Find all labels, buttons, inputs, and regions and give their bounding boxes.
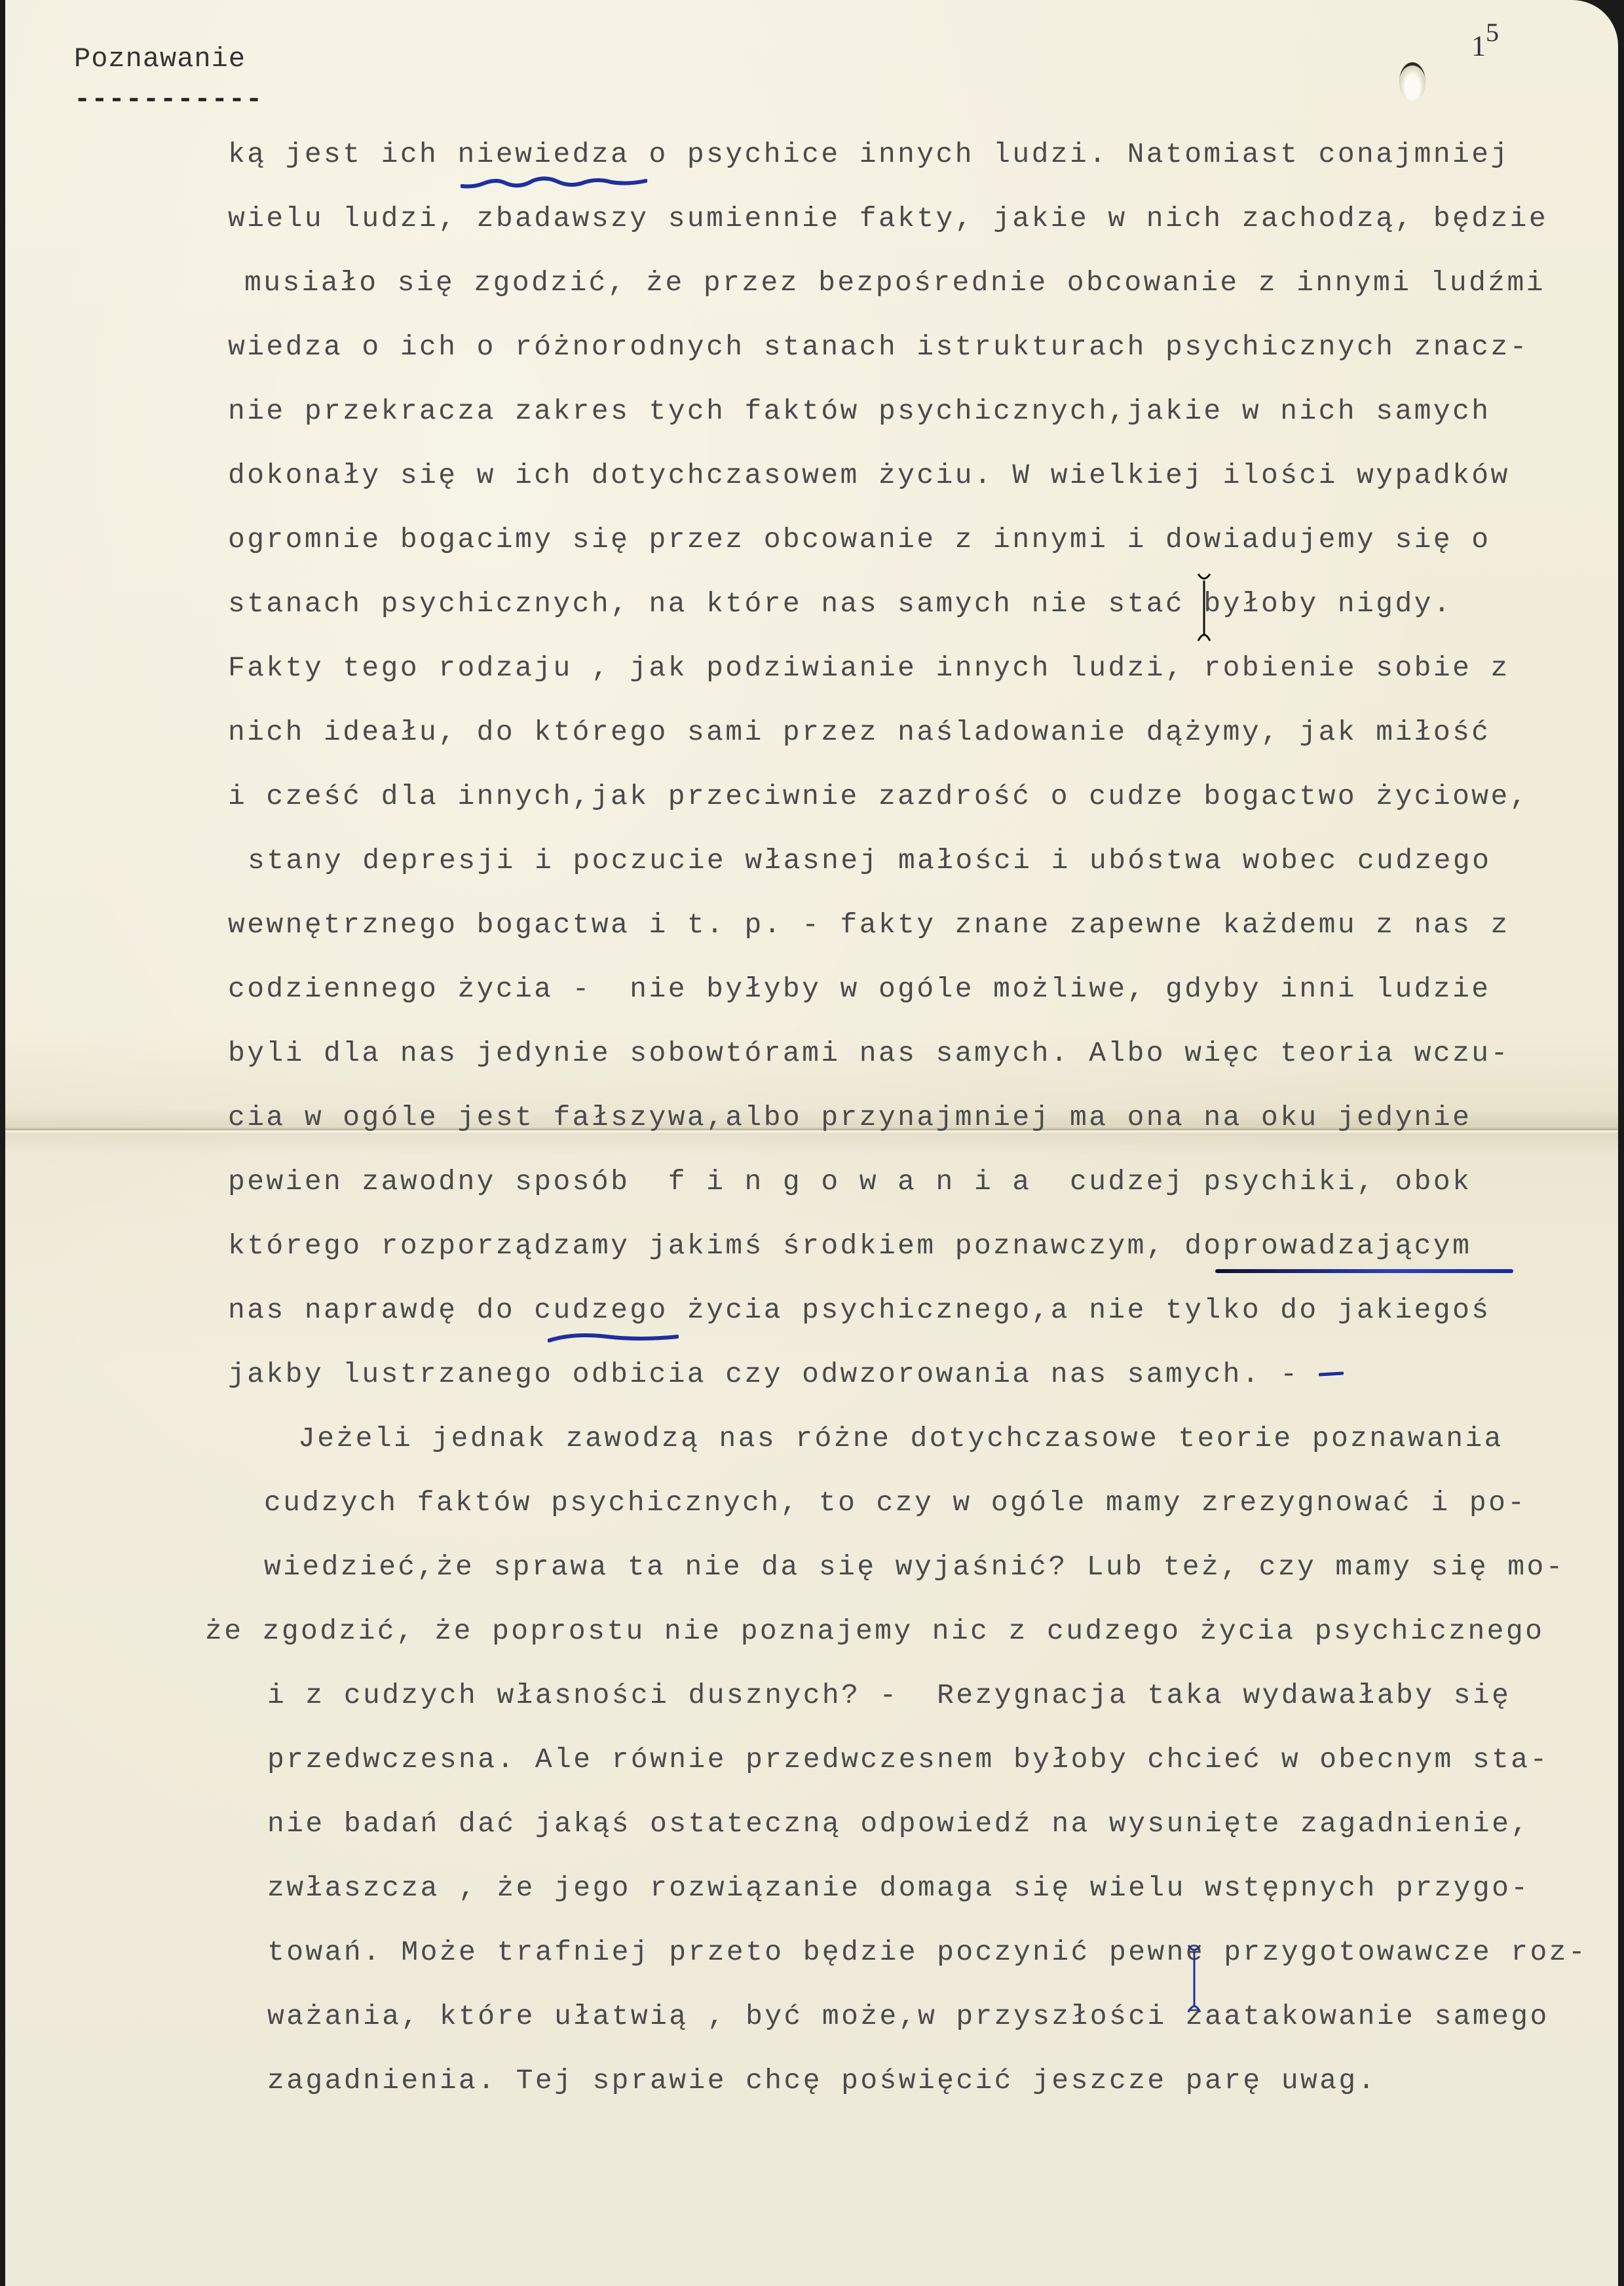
header-rule: ----------- [74, 84, 263, 115]
insertion-mark-przyszlosci [1184, 1943, 1204, 2015]
text-line: i cześć dla innych,jak przeciwnie zazdro… [228, 782, 1529, 810]
text-line: cia w ogóle jest fałszywa,albo przynajmn… [228, 1103, 1471, 1132]
text-line: ogromnie bogacimy się przez obcowanie z … [228, 525, 1490, 554]
text-line: i z cudzych własności dusznych? - Rezygn… [267, 1681, 1511, 1709]
text-line: że zgodzić, że poprostu nie poznajemy ni… [205, 1617, 1544, 1645]
text-line: nich ideału, do którego sami przez naśla… [228, 718, 1490, 746]
text-line: wiedza o ich o różnorodnych stanach istr… [228, 333, 1529, 361]
text-line: zagadnienia. Tej sprawie chcę poświęcić … [267, 2067, 1377, 2095]
text-line: przedwczesna. Ale równie przedwczesnem b… [267, 1745, 1549, 1774]
text-line: stany depresji i poczucie własnej małośc… [248, 847, 1491, 875]
text-line: Fakty tego rodzaju , jak podziwianie inn… [228, 654, 1510, 682]
text-line: stanach psychicznych, na które nas samyc… [228, 590, 1452, 618]
page-number: 15 [1471, 21, 1499, 63]
text-line: wielu ludzi, zbadawszy sumiennie fakty, … [228, 204, 1548, 233]
text-line: nie badań dać jakąś ostateczną odpowiedź… [267, 1810, 1530, 1838]
header-title: Poznawanie [74, 43, 246, 75]
text-line: wewnętrznego bogactwa i t. p. - fakty zn… [228, 911, 1510, 939]
text-line: Jeżeli jednak zawodzą nas różne dotychcz… [298, 1424, 1503, 1453]
text-line: codziennego życia - nie byłyby w ogóle m… [228, 975, 1490, 1003]
page-number-main: 1 [1471, 30, 1486, 62]
text-line: zwłaszcza , że jego rozwiązanie domaga s… [267, 1874, 1530, 1902]
document-page: Poznawanie ----------- 15 ką jest ich ni… [5, 0, 1618, 2286]
page-number-sup: 5 [1486, 18, 1499, 47]
text-line: którego rozporządzamy jakimś środkiem po… [228, 1232, 1471, 1260]
text-line: dokonały się w ich dotychczasowem życiu.… [228, 461, 1510, 489]
underline-cudzego [548, 1330, 679, 1344]
text-line: nas naprawdę do cudzego życia psychiczne… [228, 1296, 1490, 1324]
underline-doprowadzajacym [1215, 1269, 1513, 1273]
text-line: byli dla nas jedynie sobowtórami nas sam… [228, 1039, 1510, 1067]
text-line: cudzych faktów psychicznych, to czy w og… [264, 1489, 1526, 1517]
punch-hole [1399, 62, 1426, 102]
wavy-underline-niewiedza [461, 176, 647, 190]
text-line: musiało się zgodzić, że przez bezpośredn… [244, 269, 1545, 297]
text-line: ważania, które ułatwią , być może,w przy… [267, 2002, 1549, 2030]
text-line: jakby lustrzanego odbicia czy odwzorowan… [228, 1360, 1299, 1388]
text-line: nie przekracza zakres tych faktów psychi… [228, 397, 1490, 425]
text-line: wiedzieć,że sprawa ta nie da się wyjaśni… [264, 1553, 1565, 1581]
text-line: ką jest ich niewiedza o psychice innych … [228, 140, 1510, 168]
text-line: pewien zawodny sposób f i n g o w a n i … [228, 1168, 1471, 1196]
ink-dash-mark [1319, 1369, 1344, 1379]
text-line: towań. Może trafniej przeto będzie poczy… [267, 1938, 1587, 1966]
insertion-mark-stac-byloby [1194, 571, 1214, 643]
